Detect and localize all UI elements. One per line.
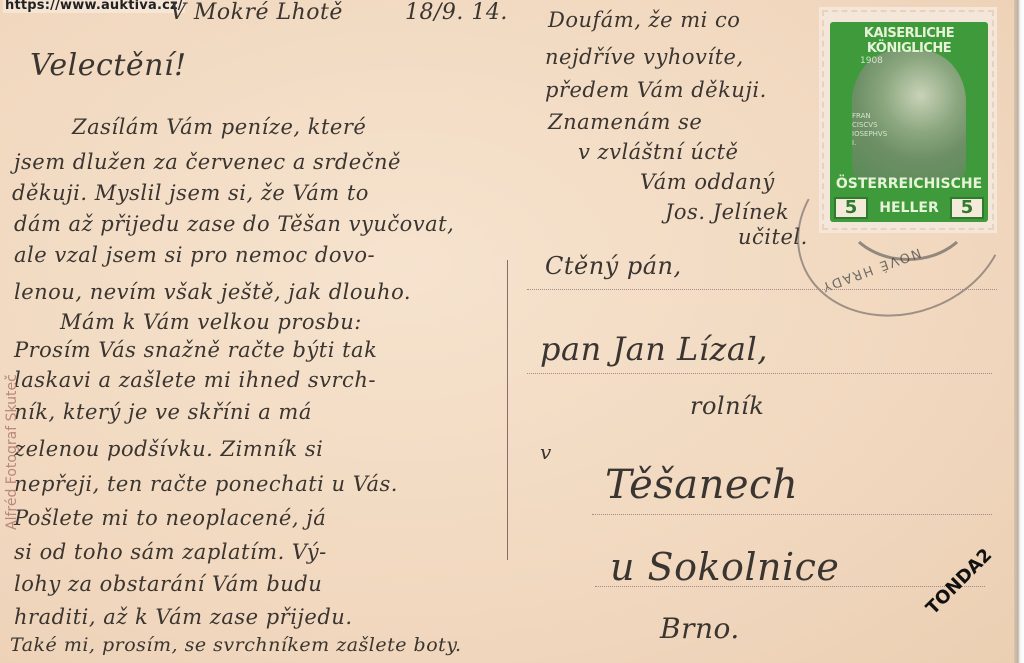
stamp-top-text: KAISERLICHE KÖNIGLICHE bbox=[830, 26, 988, 56]
letter-continuation-line: předem Vám děkuji. bbox=[545, 78, 767, 102]
address-city: Brno. bbox=[660, 612, 740, 645]
address-line-dotted bbox=[592, 514, 992, 515]
address-post-office: u Sokolnice bbox=[610, 545, 839, 589]
stray-mark: v bbox=[540, 440, 552, 464]
stamp-year: 1908 bbox=[860, 56, 883, 66]
letter-line: nepřeji, ten račte ponechati u Vás. bbox=[14, 472, 398, 496]
letter-continuation-line: nejdříve vyhovíte, bbox=[545, 45, 744, 69]
letter-line: laskavi a zašlete mi ihned svrch- bbox=[14, 368, 376, 392]
letter-line: děkuji. Myslil jsem si, že Vám to bbox=[12, 181, 369, 205]
site-watermark: https://www.auktiva.cz/ bbox=[3, 0, 185, 13]
letter-place: V Mokré Lhotě bbox=[170, 0, 343, 25]
address-town: Těšanech bbox=[605, 462, 798, 508]
address-occupation: rolník bbox=[690, 392, 764, 420]
letter-continuation-line: v zvláštní úctě bbox=[578, 140, 739, 164]
address-line-dotted bbox=[527, 289, 997, 290]
letter-line: Zasílám Vám peníze, které bbox=[72, 115, 366, 139]
address-recipient: pan Jan Lízal, bbox=[540, 330, 768, 368]
letter-line: jsem dlužen za červenec a srdečně bbox=[14, 150, 401, 174]
letter-salutation: Velectění! bbox=[30, 48, 187, 83]
letter-date: 18/9. 14. bbox=[405, 0, 508, 25]
letter-line: dám až přijedu zase do Těšan vyučovat, bbox=[14, 212, 454, 236]
letter-line: Prosím Vás snažně račte býti tak bbox=[14, 338, 377, 362]
postcard-edge bbox=[1014, 0, 1024, 663]
letter-signature: Jos. Jelínek bbox=[665, 200, 789, 224]
letter-line: ale vzal jsem si pro nemoc dovo- bbox=[14, 243, 375, 267]
letter-line: si od toho sám zaplatím. Vý- bbox=[14, 540, 327, 564]
letter-line: ník, který je ve skříni a má bbox=[14, 400, 312, 424]
letter-line: zelenou podšívku. Zimník si bbox=[14, 437, 323, 461]
address-greeting: Ctěný pán, bbox=[545, 252, 682, 280]
photographer-imprint: Alfréd Fotograf Skuteč bbox=[4, 374, 20, 530]
postmark-inner-arc bbox=[840, 150, 976, 261]
letter-line: lenou, nevím však ještě, jak dlouho. bbox=[14, 280, 411, 304]
letter-continuation-line: Znamenám se bbox=[548, 110, 702, 134]
letter-line: Mám k Vám velkou prosbu: bbox=[60, 310, 362, 334]
address-line-dotted bbox=[527, 373, 992, 374]
letter-line: lohy za obstarání Vám budu bbox=[14, 572, 322, 596]
letter-line: hraditi, až k Vám zase přijedu. bbox=[14, 605, 353, 629]
letter-continuation-line: Doufám, že mi co bbox=[548, 8, 740, 32]
letter-continuation-line: Vám oddaný bbox=[640, 170, 775, 194]
center-divider-line bbox=[507, 260, 508, 560]
letter-line: Také mi, prosím, se svrchníkem zašlete b… bbox=[10, 634, 462, 656]
letter-line: Pošlete mi to neoplacené, já bbox=[14, 506, 326, 530]
